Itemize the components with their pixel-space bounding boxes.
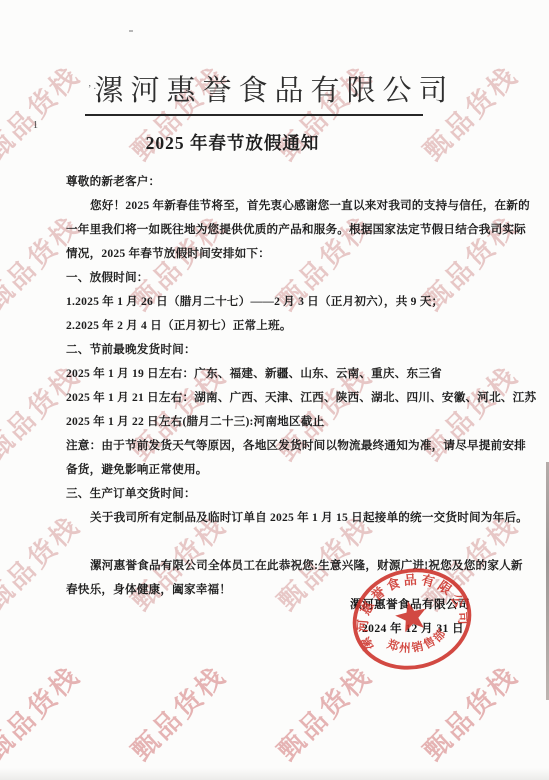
watermark-text: 甄品货栈 — [0, 655, 87, 767]
watermark-cell: 甄品货栈 — [250, 36, 396, 186]
body-line: 二、节前最晚发货时间： — [66, 338, 490, 362]
body-line: 备货，避免影响正常使用。 — [66, 458, 490, 482]
seal-bottom-arc-text: 郑州销售部 — [382, 623, 452, 661]
watermark-cell: 甄品货栈 — [0, 636, 104, 780]
title-divider — [85, 114, 423, 116]
body-line: 2025 年 1 月 19 日左右：广东、福建、新疆、山东、云南、重庆、东三省 — [66, 362, 490, 386]
svg-text:郑州销售部: 郑州销售部 — [382, 623, 452, 661]
body-line: 2025 年 1 月 21 日左右：湖南、广西、天津、江西、陕西、湖北、四川、安… — [66, 386, 490, 410]
scanned-notice-page: 甄品货栈 甄品货栈 甄品货栈 甄品货栈 甄品货栈 甄品货栈 甄品货栈 甄品货栈 … — [0, 0, 549, 780]
watermark-cell: 甄品货栈 — [104, 36, 250, 186]
notice-title: 2025 年春节放假通知 — [0, 130, 465, 155]
scan-bottom-shade — [0, 768, 549, 780]
body-line: 一、放假时间： — [66, 266, 490, 290]
notice-body: 尊敬的新老客户： 您好！2025 年新春佳节将至，首先衷心感谢您一直以来对我司的… — [66, 170, 490, 602]
body-line: 注意：由于节前发货天气等原因，各地区发货时间以物流最终通知为准，请尽早提前安排 — [66, 434, 490, 458]
body-line: 关于我司所有定制品及临时订单自 2025 年 1 月 15 日起接单的统一交货时… — [66, 506, 490, 530]
scan-artifact-dot — [129, 30, 133, 32]
scan-artifact-mark: ’ · — [88, 84, 96, 95]
watermark-cell: 甄品货栈 — [104, 636, 250, 780]
body-line: 1.2025 年 1 月 26 日（腊月二十七）——2 月 3 日（正月初六），… — [66, 290, 490, 314]
body-line: 三、生产订单交货时间： — [66, 482, 490, 506]
watermark-text: 甄品货栈 — [413, 655, 525, 767]
watermark-cell: 甄品货栈 — [0, 36, 104, 186]
scan-artifact-mark: 1 — [33, 120, 38, 131]
body-line: 您好！2025 年新春佳节将至，首先衷心感谢您一直以来对我司的支持与信任，在新的 — [66, 194, 490, 218]
watermark-cell: 甄品货栈 — [396, 36, 542, 186]
body-line: 情况，2025 年春节放假时间安排如下： — [66, 242, 490, 266]
body-line: 一年里我们将一如既往地为您提供优质的产品和服务。根据国家法定节假日结合我司实际 — [66, 218, 490, 242]
watermark-text: 甄品货栈 — [121, 655, 233, 767]
body-line: 2.2025 年 2 月 4 日（正月初七）正常上班。 — [66, 314, 490, 338]
salutation: 尊敬的新老客户： — [66, 170, 490, 194]
seal-star-icon — [393, 598, 430, 634]
company-title: 漯河惠誉食品有限公司 — [0, 68, 549, 109]
body-line: 2025 年 1 月 22 日左右(腊月二十三):河南地区截止 — [66, 410, 490, 434]
